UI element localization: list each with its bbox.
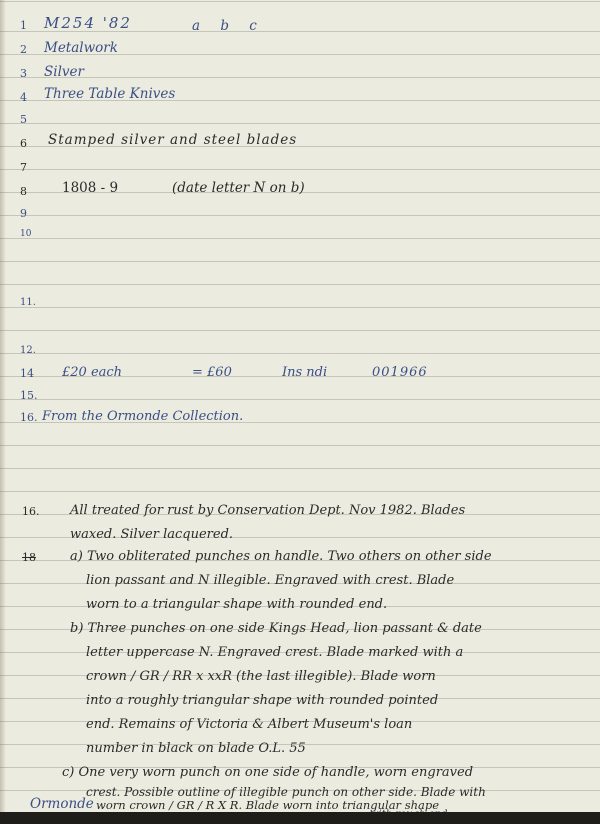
margin-note: Ormonde [30,798,94,812]
material: Silver [44,66,84,80]
note-a-line: lion passant and N illegible. Engraved w… [86,574,454,587]
date: 1808 - 9 [62,182,118,196]
note-line: waxed. Silver lacquered. [70,528,233,541]
line-number: 15. [20,390,38,401]
note-b-line: number in black on blade O.L. 55 [86,742,306,755]
line-number: 9 [20,208,27,219]
line-number: 10 [20,230,31,239]
accession-number: M254 '82 [44,16,132,31]
note-b-line: b) Three punches on one side Kings Head,… [70,622,482,635]
note-c-line: crest. Possible outline of illegible pun… [86,786,486,798]
provenance: From the Ormonde Collection. [42,410,243,423]
line-number: 1 [20,20,27,31]
line-number: 12. [20,346,36,356]
note-b-line: letter uppercase N. Engraved crest. Blad… [86,646,463,659]
line-number: 11. [20,298,36,308]
insurance-number: 001966 [372,366,428,379]
date-note: (date letter N on b) [172,182,305,196]
note-b-line: into a roughly triangular shape with rou… [86,694,438,707]
line-number: 8 [20,186,27,197]
note-b-line: end. Remains of Victoria & Albert Museum… [86,718,412,731]
note-b-line: crown / GR / RR x xxR (the last illegibl… [86,670,436,683]
object-name: Three Table Knives [44,88,175,102]
line-number: 16. [20,412,38,423]
line-number: 6 [20,138,27,149]
notebook-page: 1 M254 '82 a b c 2 Metalwork 3 Silver 4 … [0,0,600,812]
line-number: 3 [20,68,27,79]
note-c-line: c) One very worn punch on one side of ha… [62,766,473,779]
note-number: 16. [22,506,40,517]
line-number: 7 [20,162,27,173]
valuation: £20 each [62,366,122,379]
note-number: 18 [22,552,36,563]
note-a-line: a) Two obliterated punches on handle. Tw… [70,550,492,563]
line-number: 5 [20,114,27,125]
note-a-line: worn to a triangular shape with rounded … [86,598,387,611]
line-number: 14 [20,368,34,379]
valuation-total: = £60 [192,366,232,379]
item-labels: a b c [192,20,265,34]
description: Stamped silver and steel blades [48,134,297,148]
line-number: 4 [20,92,27,103]
line-number: 2 [20,44,27,55]
scan-edge [0,812,600,824]
note-line: All treated for rust by Conservation Dep… [70,504,465,517]
insurance-label: Ins ndi [282,366,327,379]
department: Metalwork [44,42,118,56]
